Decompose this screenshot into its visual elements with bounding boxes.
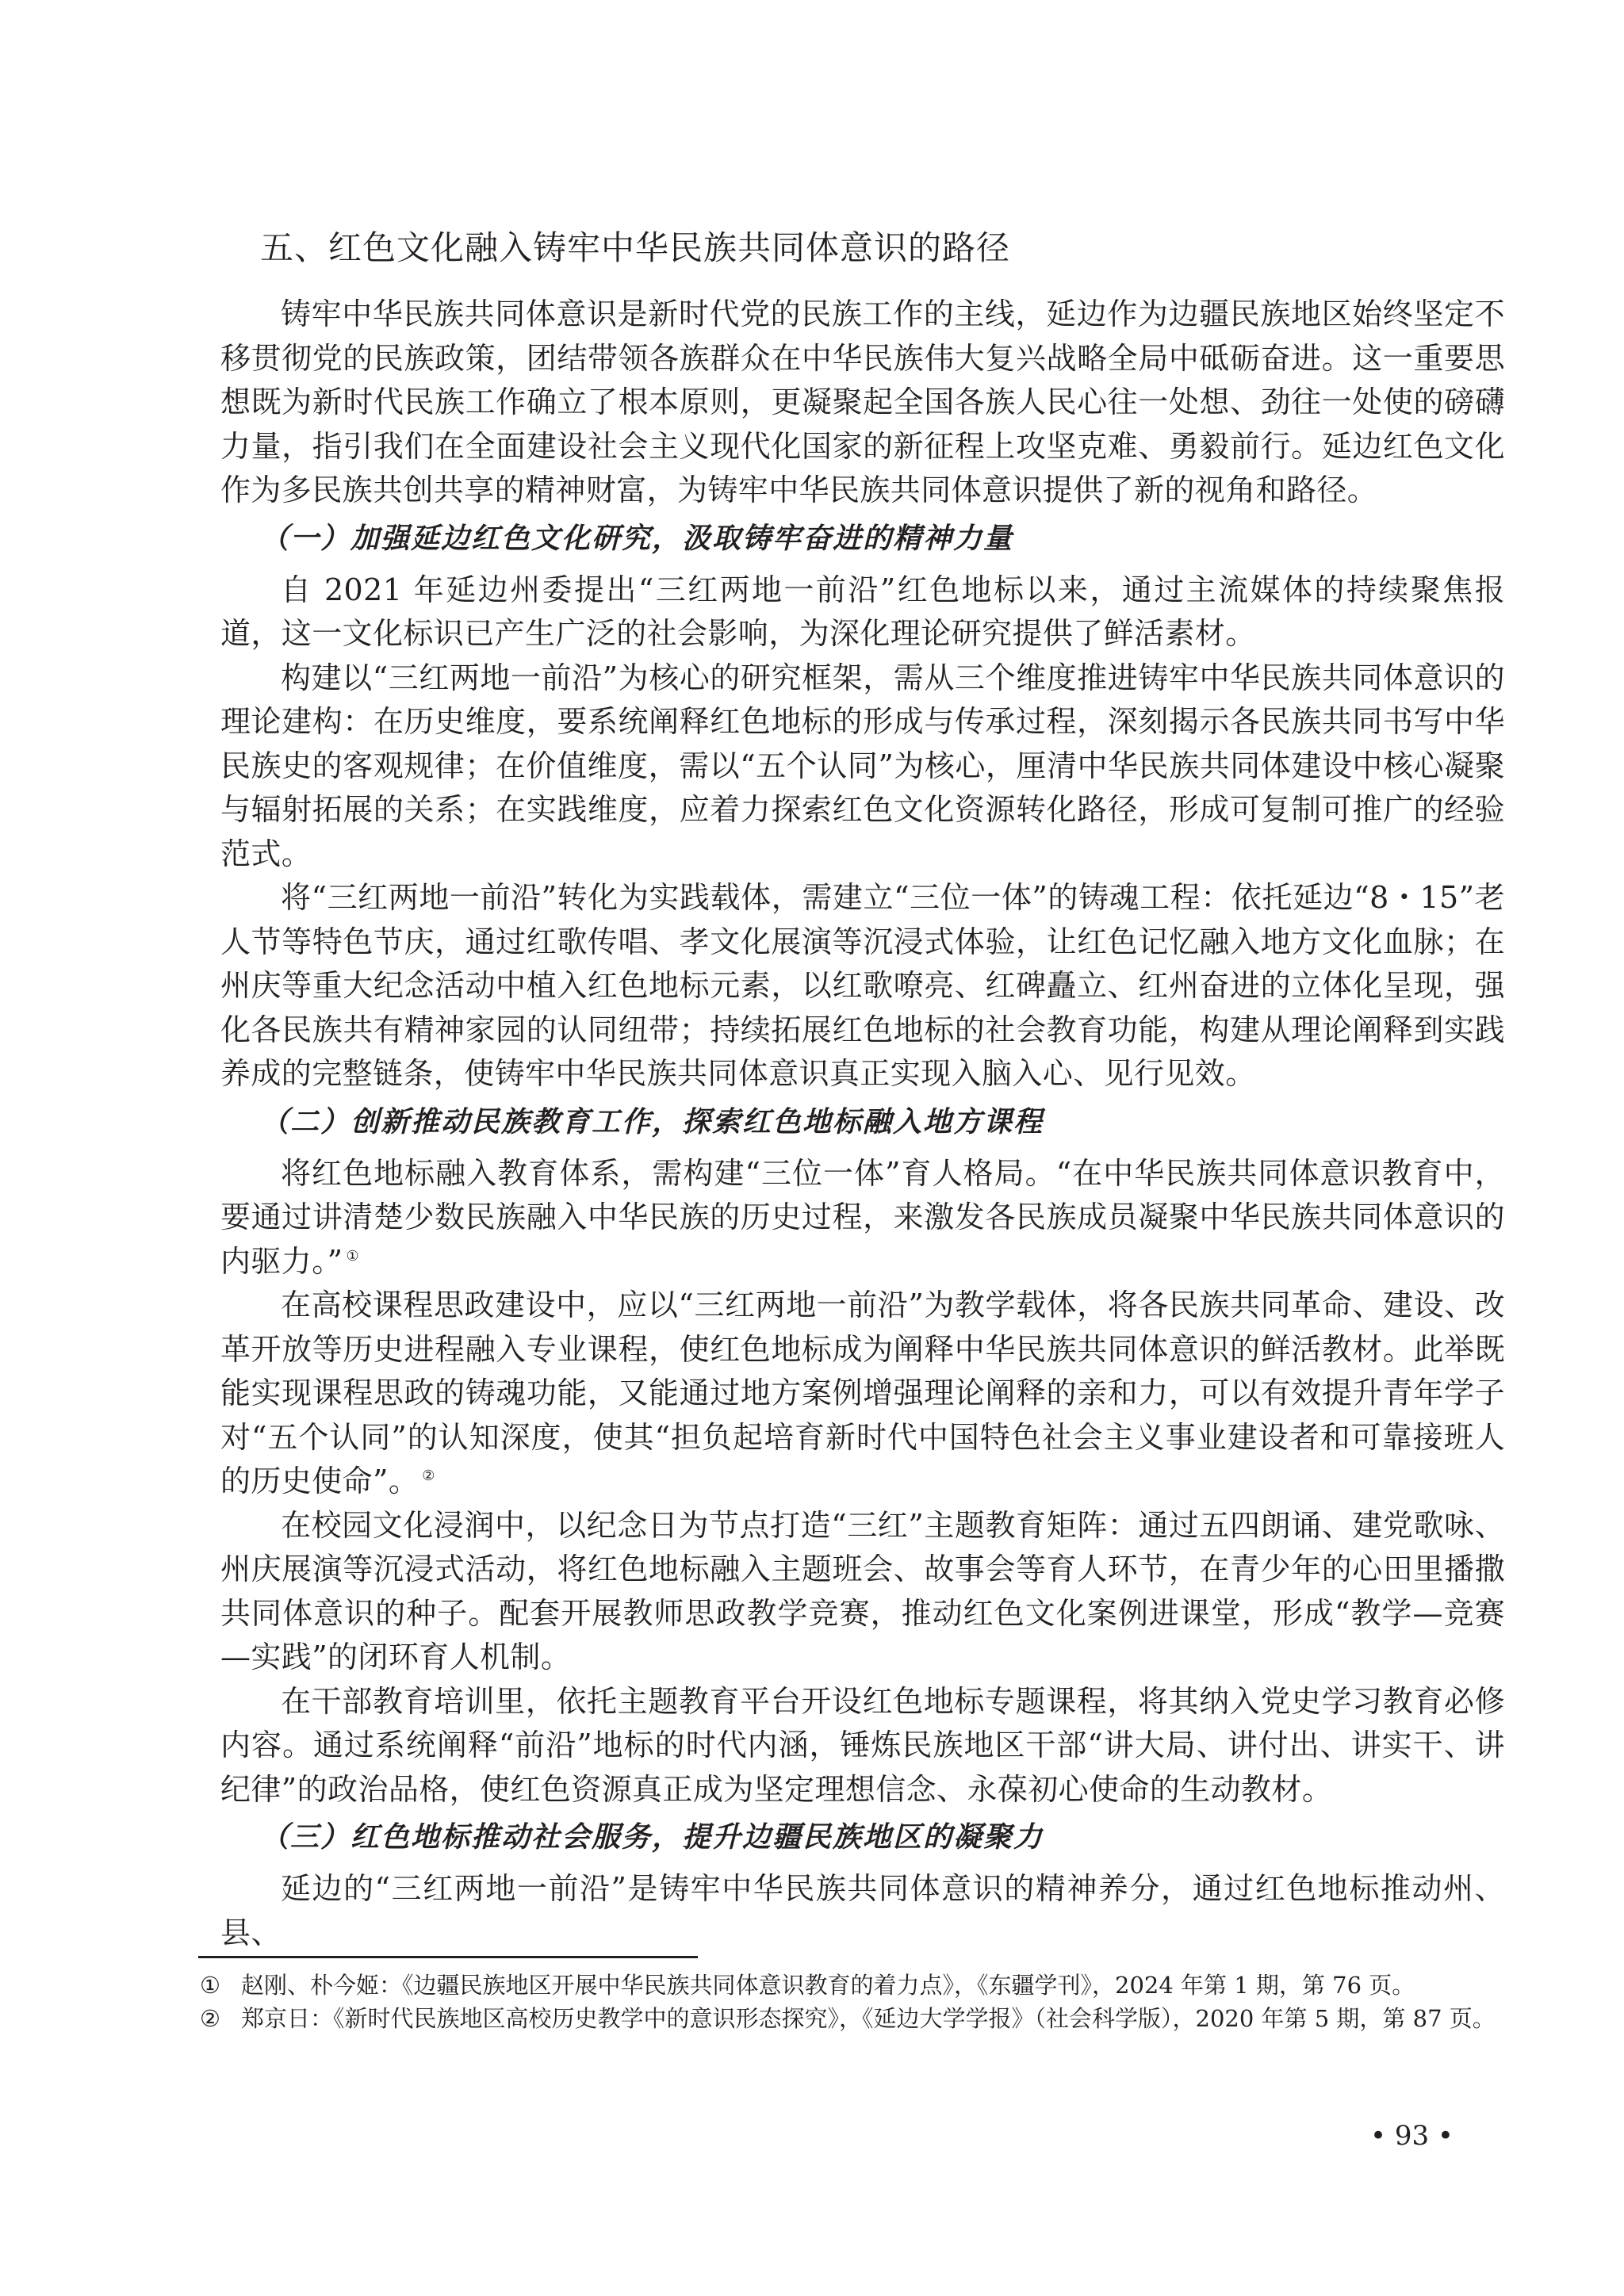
footnote-reference[interactable]: ①: [346, 1248, 359, 1265]
footnote-mark: ①: [200, 1969, 241, 2001]
body-paragraph: 在高校课程思政建设中，应以“三红两地一前沿”为教学载体，将各民族共同革命、建设、…: [220, 1284, 1505, 1504]
subsection-3: （三）红色地标推动社会服务，提升边疆民族地区的凝聚力 延边的“三红两地一前沿”是…: [220, 1815, 1505, 1955]
paragraph-text: 将红色地标融入教育体系，需构建“三位一体”育人格局。“在中华民族共同体意识教育中…: [220, 1156, 1505, 1279]
section-title: 五、红色文化融入铸牢中华民族共同体意识的路径: [220, 224, 1505, 272]
intro-paragraph: 铸牢中华民族共同体意识是新时代党的民族工作的主线，延边作为边疆民族地区始终坚定不…: [220, 293, 1505, 513]
body-paragraph: 自 2021 年延边州委提出“三红两地一前沿”红色地标以来，通过主流媒体的持续聚…: [220, 568, 1505, 656]
footnote-text: 郑京日：《新时代民族地区高校历史教学中的意识形态探究》，《延边大学学报》（社会科…: [241, 2005, 1496, 2032]
paragraph-text: 在高校课程思政建设中，应以“三红两地一前沿”为教学载体，将各民族共同革命、建设、…: [220, 1288, 1505, 1498]
body-paragraph: 将“三红两地一前沿”转化为实践载体，需建立“三位一体”的铸魂工程：依托延边“8・…: [220, 876, 1505, 1096]
body-paragraph: 延边的“三红两地一前沿”是铸牢中华民族共同体意识的精神养分，通过红色地标推动州、…: [220, 1867, 1505, 1955]
journal-page: 五、红色文化融入铸牢中华民族共同体意识的路径 铸牢中华民族共同体意识是新时代党的…: [0, 0, 1624, 2296]
footnote-mark: ②: [200, 2003, 241, 2034]
footnote-reference[interactable]: ②: [422, 1468, 435, 1484]
paragraph-text: 在干部教育培训里，依托主题教育平台开设红色地标专题课程，将其纳入党史学习教育必修…: [220, 1684, 1505, 1807]
footnotes: ①赵刚、朴今姬：《边疆民族地区开展中华民族共同体意识教育的着力点》，《东疆学刊》…: [200, 1969, 1500, 2036]
footnote-item: ①赵刚、朴今姬：《边疆民族地区开展中华民族共同体意识教育的着力点》，《东疆学刊》…: [200, 1969, 1500, 2001]
body-paragraph: 构建以“三红两地一前沿”为核心的研究框架，需从三个维度推进铸牢中华民族共同体意识…: [220, 656, 1505, 877]
page-number: • 93 •: [1370, 2120, 1454, 2152]
body-paragraph: 在干部教育培训里，依托主题教育平台开设红色地标专题课程，将其纳入党史学习教育必修…: [220, 1680, 1505, 1812]
footnote-divider: [198, 1956, 698, 1958]
footnote-text: 赵刚、朴今姬：《边疆民族地区开展中华民族共同体意识教育的着力点》，《东疆学刊》，…: [241, 1972, 1415, 1999]
footnote-item: ②郑京日：《新时代民族地区高校历史教学中的意识形态探究》，《延边大学学报》（社会…: [200, 2003, 1500, 2034]
paragraph-text: 在校园文化浸润中，以纪念日为节点打造“三红”主题教育矩阵：通过五四朗诵、建党歌咏…: [220, 1508, 1505, 1675]
subsection-heading: （一）加强延边红色文化研究，汲取铸牢奋进的精神力量: [220, 516, 1505, 561]
subsection-heading: （二）创新推动民族教育工作，探索红色地标融入地方课程: [220, 1100, 1505, 1144]
article-body: 五、红色文化融入铸牢中华民族共同体意识的路径 铸牢中华民族共同体意识是新时代党的…: [220, 224, 1505, 1955]
subsection-heading: （三）红色地标推动社会服务，提升边疆民族地区的凝聚力: [220, 1815, 1505, 1859]
subsection-1: （一）加强延边红色文化研究，汲取铸牢奋进的精神力量 自 2021 年延边州委提出…: [220, 516, 1505, 1096]
body-paragraph: 在校园文化浸润中，以纪念日为节点打造“三红”主题教育矩阵：通过五四朗诵、建党歌咏…: [220, 1504, 1505, 1680]
subsection-2: （二）创新推动民族教育工作，探索红色地标融入地方课程 将红色地标融入教育体系，需…: [220, 1100, 1505, 1812]
body-paragraph: 将红色地标融入教育体系，需构建“三位一体”育人格局。“在中华民族共同体意识教育中…: [220, 1152, 1505, 1284]
